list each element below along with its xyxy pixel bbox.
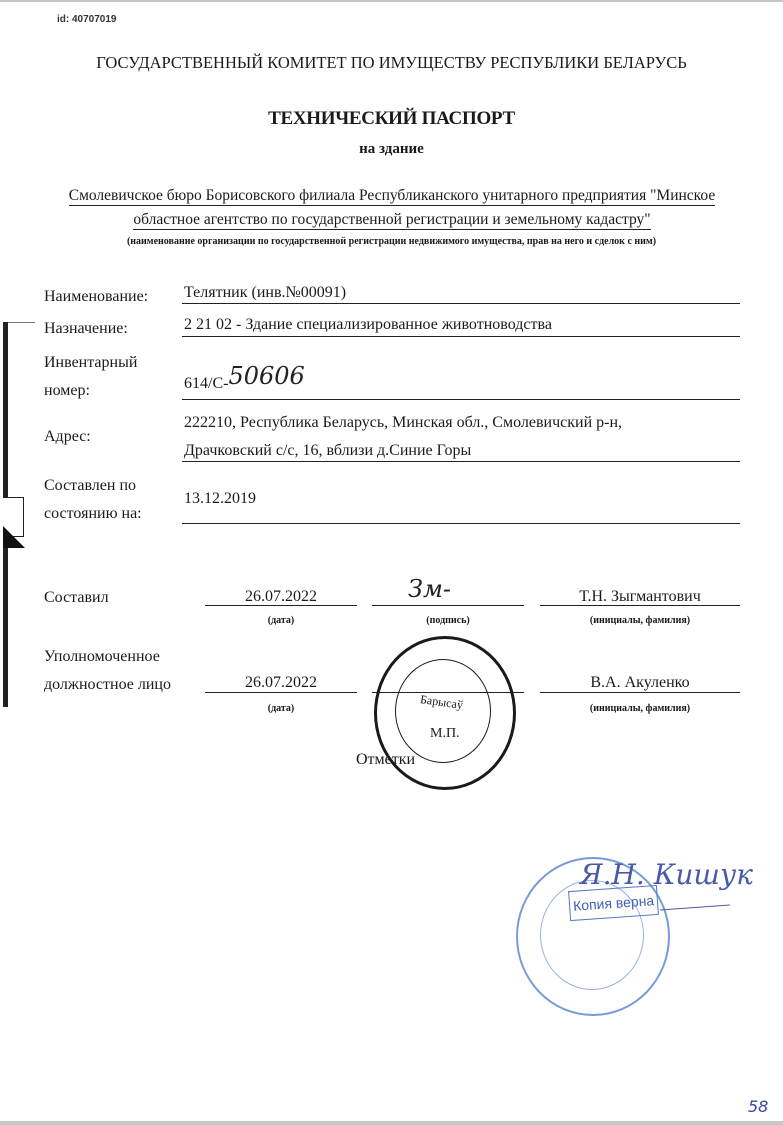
inventory-label-line-1: Инвентарный	[44, 350, 137, 375]
authorized-date-line	[205, 692, 357, 693]
notes-heading: Отметки	[356, 751, 415, 769]
compiled-date: 26.07.2022	[205, 588, 357, 606]
address-line-2: Драчковский с/с, 16, вблизи д.Синие Горы	[184, 442, 471, 460]
name-label: Наименование:	[44, 284, 148, 309]
committee-heading: ГОСУДАРСТВЕННЫЙ КОМИТЕТ ПО ИМУЩЕСТВУ РЕС…	[0, 53, 783, 73]
document-id: id: 40707019	[57, 14, 117, 25]
page-bottom-border	[0, 1121, 783, 1125]
binder-triangle-icon	[3, 526, 25, 548]
compiled-name-caption: (инициалы, фамилия)	[540, 615, 740, 626]
certification-signature: Я.Н. Кишук	[580, 858, 753, 891]
page-top-border	[0, 0, 783, 2]
certification-signature-stroke	[660, 905, 730, 911]
authorized-date: 26.07.2022	[205, 674, 357, 692]
inventory-underline	[182, 399, 740, 400]
compiled-signature: Зм-	[408, 575, 451, 603]
document-title: ТЕХНИЧЕСКИЙ ПАСПОРТ	[0, 108, 783, 130]
as-of-underline	[182, 523, 740, 524]
compiled-signature-caption: (подпись)	[372, 615, 524, 626]
as-of-label-line-2: состоянию на:	[44, 501, 142, 526]
authorized-label-line-1: Уполномоченное	[44, 644, 160, 669]
compiled-label: Составил	[44, 585, 109, 610]
as-of-value: 13.12.2019	[184, 490, 256, 508]
address-line-1: 222210, Республика Беларусь, Минская обл…	[184, 414, 622, 432]
authorized-name-line	[540, 692, 740, 693]
inventory-label-line-2: номер:	[44, 378, 90, 403]
authorized-date-caption: (дата)	[205, 703, 357, 714]
inventory-handwritten-number: 50606	[228, 362, 304, 390]
compiled-name-line	[540, 605, 740, 606]
organization-caption: (наименование организации по государстве…	[0, 236, 783, 247]
authorized-label-line-2: должностное лицо	[44, 672, 171, 697]
page-number: 58	[748, 1097, 768, 1116]
address-underline	[182, 461, 740, 462]
compiled-date-caption: (дата)	[205, 615, 357, 626]
document-subtitle: на здание	[0, 141, 783, 158]
compiled-signature-line	[372, 605, 524, 606]
authorized-name: В.А. Акуленко	[540, 674, 740, 692]
seal-place-mark: М.П.	[430, 726, 460, 742]
official-seal-inner-ring	[395, 659, 491, 763]
purpose-underline	[182, 336, 740, 337]
name-underline	[182, 303, 740, 304]
organization-line-2: областное агентство по государственной р…	[90, 211, 694, 229]
inventory-value: 614/С-50606	[184, 366, 305, 394]
compiled-date-line	[205, 605, 357, 606]
compiled-name: Т.Н. Зыгмантович	[540, 588, 740, 606]
name-value: Телятник (инв.№00091)	[184, 284, 346, 302]
organization-line-1: Смолевичское бюро Борисовского филиала Р…	[44, 187, 740, 205]
address-label: Адрес:	[44, 424, 91, 449]
as-of-label-line-1: Составлен по	[44, 473, 136, 498]
authorized-name-caption: (инициалы, фамилия)	[540, 703, 740, 714]
purpose-label: Назначение:	[44, 316, 128, 341]
purpose-value: 2 21 02 - Здание специализированное живо…	[184, 316, 552, 334]
